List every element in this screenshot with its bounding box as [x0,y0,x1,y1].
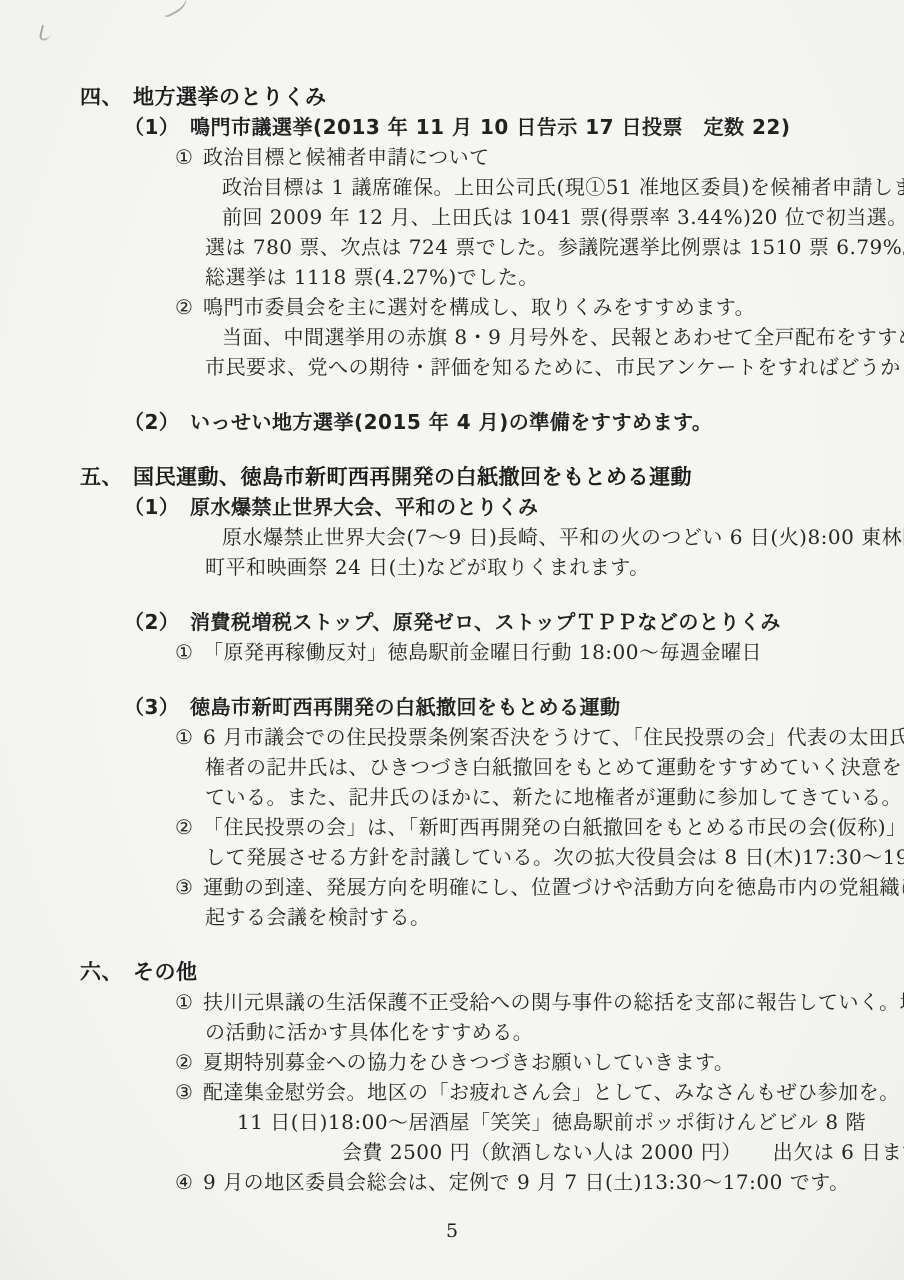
section-4-title: 地方選挙のとりくみ [133,85,327,109]
section-5-item-4-continuation: 起する会議を検討する。 [205,902,904,932]
item-text: 政治目標と候補者申請について [203,145,490,169]
item-text: 配達集金慰労会。地区の「お疲れさん会」として、みなさんもぜひ参加を。 [203,1080,900,1104]
section-5-title: 国民運動、徳島市新町西再開発の白紙撤回をもとめる運動 [133,465,692,489]
item-text: 扶川元県議の生活保護不正受給への関与事件の総括を支部に報告していく。地区 [203,990,904,1014]
item-text: 9 月の地区委員会総会は、定例で 9 月 7 日(土)13:30～17:00 で… [203,1170,850,1194]
section-5-item-3-continuation: して発展させる方針を討議している。次の拡大役員会は 8 日(木)17:30～19… [205,842,904,872]
section-4-number: 四、 [80,82,133,112]
sub-number: （1） [124,492,190,522]
section-5-heading: 五、国民運動、徳島市新町西再開発の白紙撤回をもとめる運動 [80,462,904,492]
section-6-item-3-fee-line: 会費 2500 円（飲酒しない人は 2000 円） 出欠は 6 日までに。 [342,1137,904,1167]
section-4-item-1: ①政治目標と候補者申請について [175,142,904,172]
circled-number-marker: ② [175,1047,203,1077]
section-4-sub-2-heading: （2）いっせい地方選挙(2015 年 4 月)の準備をすすめます。 [124,407,904,437]
circled-number-marker: ① [175,987,203,1017]
section-5-sub-2-heading: （2）消費税増税ストップ、原発ゼロ、ストップＴＰＰなどのとりくみ [124,607,904,637]
section-5-item-3: ②「住民投票の会」は、「新町西再開発の白紙撤回をもとめる市民の会(仮称)」と [175,812,904,842]
circled-number-marker: ④ [175,1167,203,1197]
section-4-paragraph-line: 選は 780 票、次点は 724 票でした。参議院選挙比例票は 1510 票 6… [205,232,904,262]
sub-title: 徳島市新町西再開発の白紙撤回をもとめる運動 [190,695,621,719]
circled-number-marker: ② [175,812,203,842]
section-5-item-2: ①6 月市議会での住民投票条例案否決をうけて、「住民投票の会」代表の太田氏、地 [175,722,904,752]
section-6-title: その他 [133,960,198,984]
section-5-paragraph-line: 原水爆禁止世界大会(7～9 日)長崎、平和の火のつどい 6 日(火)8:00 東… [222,522,904,552]
sub-title: いっせい地方選挙(2015 年 4 月)の準備をすすめます。 [190,410,712,434]
circled-number-marker: ① [175,722,203,752]
page-number: 5 [0,1220,904,1242]
circled-number-marker: ③ [175,872,203,902]
section-4-paragraph-line: 当面、中間選挙用の赤旗 8・9 月号外を、民報とあわせて全戸配布をすすめる。 [222,322,904,352]
section-4-paragraph-line: 政治目標は 1 議席確保。上田公司氏(現①51 准地区委員)を候補者申請します。 [222,172,904,202]
sub-title: 消費税増税ストップ、原発ゼロ、ストップＴＰＰなどのとりくみ [190,610,781,634]
circled-number-marker: ② [175,292,203,322]
section-4-paragraph-line: 市民要求、党への期待・評価を知るために、市民アンケートをすればどうか？ [205,352,904,382]
section-5-item-2-continuation: 権者の記井氏は、ひきつづき白紙撤回をもとめて運動をすすめていく決意を固め [205,752,904,782]
item-text: 運動の到達、発展方向を明確にし、位置づけや活動方向を徳島市内の党組織に提 [203,875,904,899]
section-5-paragraph-line: 町平和映画祭 24 日(土)などが取りくまれます。 [205,552,904,582]
section-6-item-1: ①扶川元県議の生活保護不正受給への関与事件の総括を支部に報告していく。地区 [175,987,904,1017]
scanned-document-page: 四、地方選挙のとりくみ （1）鳴門市議選挙(2013 年 11 月 10 日告示… [0,0,904,1280]
section-6-heading: 六、その他 [80,957,904,987]
section-6-item-3-venue-line: 11 日(日)18:00～居酒屋「笑笑」徳島駅前ポッポ街けんどビル 8 階 [237,1107,904,1137]
scan-smudge-mark [157,0,190,19]
sub-title: 原水爆禁止世界大会、平和のとりくみ [190,495,539,519]
item-text: 夏期特別募金への協力をひきつづきお願いしていきます。 [203,1050,734,1074]
section-4-item-2: ②鳴門市委員会を主に選対を構成し、取りくみをすすめます。 [175,292,904,322]
sub-number: （2） [124,607,190,637]
section-5-sub-1-heading: （1）原水爆禁止世界大会、平和のとりくみ [124,492,904,522]
section-5-item-4: ③運動の到達、発展方向を明確にし、位置づけや活動方向を徳島市内の党組織に提 [175,872,904,902]
section-4-heading: 四、地方選挙のとりくみ [80,82,904,112]
item-text: 鳴門市委員会を主に選対を構成し、取りくみをすすめます。 [203,295,755,319]
scan-smudge-mark [38,25,52,42]
item-text: 6 月市議会での住民投票条例案否決をうけて、「住民投票の会」代表の太田氏、地 [203,725,904,749]
section-6-item-3: ③配達集金慰労会。地区の「お疲れさん会」として、みなさんもぜひ参加を。 [175,1077,904,1107]
section-6-item-1-continuation: の活動に活かす具体化をすすめる。 [205,1017,904,1047]
item-text: 「原発再稼働反対」徳島駅前金曜日行動 18:00～毎週金曜日 [203,640,762,664]
circled-number-marker: ③ [175,1077,203,1107]
section-5-number: 五、 [80,462,133,492]
section-5-item-1: ①「原発再稼働反対」徳島駅前金曜日行動 18:00～毎週金曜日 [175,637,904,667]
section-6-item-4: ④9 月の地区委員会総会は、定例で 9 月 7 日(土)13:30～17:00 … [175,1167,904,1197]
section-4-sub-1-heading: （1）鳴門市議選挙(2013 年 11 月 10 日告示 17 日投票 定数 2… [124,112,904,142]
sub-number: （1） [124,112,190,142]
section-5-item-2-continuation: ている。また、記井氏のほかに、新たに地権者が運動に参加してきている。 [205,782,904,812]
section-4-paragraph-line: 前回 2009 年 12 月、上田氏は 1041 票(得票率 3.44%)20 … [222,202,904,232]
section-6-number: 六、 [80,957,133,987]
section-6-item-2: ②夏期特別募金への協力をひきつづきお願いしていきます。 [175,1047,904,1077]
sub-number: （2） [124,407,190,437]
section-4-paragraph-line: 総選挙は 1118 票(4.27%)でした。 [205,262,904,292]
section-5-sub-3-heading: （3）徳島市新町西再開発の白紙撤回をもとめる運動 [124,692,904,722]
sub-title: 鳴門市議選挙(2013 年 11 月 10 日告示 17 日投票 定数 22) [190,115,790,139]
circled-number-marker: ① [175,637,203,667]
item-text: 「住民投票の会」は、「新町西再開発の白紙撤回をもとめる市民の会(仮称)」と [203,815,904,839]
sub-number: （3） [124,692,190,722]
circled-number-marker: ① [175,142,203,172]
